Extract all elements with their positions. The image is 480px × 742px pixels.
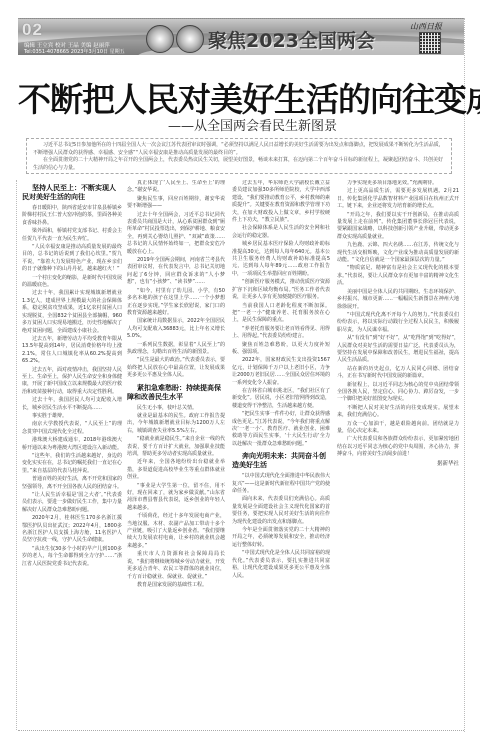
body-paragraph: “把民生实事一件件办好，让群众获得感成色更足。”江苏代表说，“今年我们将重点解决… (232, 411, 330, 448)
column-rule (16, 180, 17, 730)
body-paragraph: 万众一心加油干，越是艰险越向前。团结就是力量，信心决定未来。 (337, 421, 459, 436)
body-paragraph: 新征程上，以习近平同志为核心的党中央团结带领全国各族人民，坚定信心、同心协力、踔… (337, 382, 459, 404)
body-paragraph: 过去十年，我国累计实现城镇新增就业1.3亿人，建成世界上规模最大的社会保障体系，… (22, 290, 122, 334)
body-paragraph: 不断把人民对美好生活的向往变成现实。展望未来，我们充满信心。 (337, 405, 459, 420)
newspaper-masthead: 山西日报 (410, 21, 442, 32)
body-paragraph: 事实胜于雄辩。 (22, 413, 122, 420)
body-paragraph: 普通百姓的美好生活，离不开党和国家的坚强领导，离不开全国各族人民的团结奋斗。 (22, 476, 122, 491)
national-emblem-icon (146, 25, 174, 53)
body-paragraph: 过去十年，我国居民人均可支配收入增长，城乡居民生活水平不断提高…… (22, 397, 122, 412)
body-paragraph: 面向未来，代表委员们充满信心。高质量发展是全面建设社会主义现代化国家的首要任务，… (232, 496, 330, 526)
body-paragraph: “稳就业就是稳民生。”来自企业一线的代表说，要千方百计扩大就业，加强职业技能培训… (127, 436, 225, 458)
body-paragraph: 聚焦民生事，回应百姓期待，谢安华说要不断增强—— (127, 196, 225, 211)
body-paragraph: 在吉林省白城市洮北区，“我们社区有了新变化”。居民说，小区老旧管网得到改造，楼道… (232, 388, 330, 410)
body-paragraph: 过去五年，华东师范大学副校长戴立益委员建议加强30多所师范院校，大学中西部建设，… (232, 180, 330, 224)
body-paragraph: “从出生仅30多个小时的早产儿到100多岁的老人，每个生命都得到全力守护……”浙… (22, 546, 122, 568)
body-paragraph: 港珠澳大桥建成通车，2018年港珠澳大桥开通以来为粤港澳大湾区建设注入新动能。 (22, 437, 122, 452)
newspaper-page: 02 编辑 王立宾 校对 王晶 美编 赵丽萍 Tel:0351-4078665 … (18, 18, 465, 732)
body-paragraph: 今年是全面贯彻落实党的二十大精神的开局之年，必须统筹发展和安全，推动经济运行整体… (232, 527, 330, 549)
body-paragraph: “让人民生活幸福是‘国之大者’。”代表委员们表示，要进一步做好民生工作，集中力量… (22, 492, 122, 514)
section-heading: 坚持人民至上：不断实现人民对美好生活的向往 (22, 184, 122, 202)
section-banner: 02 编辑 王立宾 校对 王晶 美编 赵丽萍 Tel:0351-4078665 … (18, 18, 464, 55)
body-paragraph: 过去五年，新增劳动力平均受教育年限从13.5年提高到14年，居民消费价格年均上涨… (22, 336, 122, 366)
body-paragraph: 社会保障体系是人民生活的安全网和社会运行的稳定器。 (232, 225, 330, 240)
body-paragraph: 聚焦百姓急难愁盼，以更大力度补短板、强弱项。 (232, 342, 330, 357)
body-paragraph: “中国式现代化离不开每个人的努力。”代表委员们纷纷表示，将以实际行动践行全过程人… (337, 312, 459, 334)
section-heading: 紧扣急难愁盼：持续提高保障和改善民生水平 (127, 384, 225, 402)
contact-and-date: Tel:0351-4078665 2023年3月10日 星期五 (24, 48, 125, 55)
body-paragraph: “创新医疗服务模式，推动优质医疗资源扩容下沉和区域均衡布局。”医务工作者代表说，… (232, 279, 330, 301)
article-headline: 不断把人民对美好生活的向往变成现实 (18, 74, 464, 121)
body-paragraph: 梁外面和，桥镇村党支部书记、村委会主任贺九平代表一直为民生奔忙。 (22, 228, 122, 243)
body-paragraph: 美丽中国是全体人民的共同期盼。生态环境保护、乡村振兴、城市更新……一幅幅民生新图… (337, 289, 459, 311)
article-column-1: 坚持人民至上：不断实现人民对美好生活的向往春日暖阳中，陕西省延安市甘泉县桥镇乡阶… (22, 180, 122, 728)
body-paragraph: 过去十年全国两会，习近平总书记同代表委员共商国是大计，从心系贫困群众到“厕所革命… (127, 212, 225, 256)
body-paragraph: 近年来，全国各地纷纷出台稳就业举措，多渠道促进高校毕业生等重点群体就业创业。 (127, 459, 225, 481)
body-paragraph: 广大代表委员和各族群众纷纷表示，更加紧密地团结在以习近平同志为核心的党中央周围，… (337, 436, 459, 458)
body-paragraph: “物质富足、精神富有是社会主义现代化的根本要求。”代表说，要让人民群众享有更加丰… (337, 265, 459, 287)
body-paragraph: “这些年，我们的生活越来越好，身边的变化实实在在，总书记的嘱托我们一直记在心里。… (22, 453, 122, 475)
article-subheadline: ——从全国两会看民生新图景 (168, 115, 337, 134)
body-paragraph: 站在新的历史起点，亿万人民同心同德、团结奋斗，正在书写新时代中国发展的新篇章。 (337, 366, 459, 381)
cppcc-emblem-icon (176, 25, 204, 53)
body-paragraph: 真正体现了‘人民至上、生命至上’的理念。”谢安华说。 (127, 180, 225, 195)
bottom-rule (18, 730, 464, 731)
body-paragraph: 重庆市人力资源和社会保障局局长说，“我们将继续统筹城乡劳动力就业，开发更多适合青… (127, 551, 225, 581)
body-paragraph: 城乡居民基本医疗保险人均财政补助标准提高30元，达到每人每年640元。基本公共卫… (232, 241, 330, 278)
body-paragraph: 过上更高品质生活，需要更多发展机遇。2月21日，传化集团化学品数智材料产业园项目… (337, 188, 459, 210)
body-paragraph: 2020年2月，桂林医生170多名浙江援鄂医护队员出征武汉；2022年4月，18… (22, 515, 122, 545)
body-paragraph: 就业是最基本的民生。政府工作报告提出，今年城镇新增就业目标为1200万人左右，城… (127, 413, 225, 435)
body-paragraph: 国家统计局数据显示，2022年全国居民人均可支配收入36883元，比上年名义增长… (127, 318, 225, 340)
article-column-4: 力争实现更多项目落地见效。”充满期待。过上更高品质生活，需要更多发展机遇。2月2… (337, 180, 459, 728)
body-paragraph: 春日暖阳中，陕西省延安市甘泉县桥镇乡阶梯村村民王仁普大窑冲泡的茶，里面各种美食香… (22, 205, 122, 227)
body-paragraph: “如今，村里有了幼儿园、小学，有50多名本地的孩子在这里上学……一个小梦想正在逐… (127, 288, 225, 318)
section-title: 聚焦2023全国两会 (208, 26, 375, 53)
body-paragraph: “中国式现代化是全体人民共同富裕的现代化。”代表委员表示，要扎实推进共同富裕，让… (232, 550, 330, 580)
body-paragraph: “人民幸福安康是推动高质量发展的最终目的，总书记的话说到了我们心坎里。”贺九平说… (22, 244, 122, 274)
body-paragraph: 过去五年，面对疫情冲击，我国坚持人民至上、生命至上，保护人民生命安全和身体健康，… (22, 367, 122, 397)
body-paragraph: 教育是国家发展的基础性工程。 (127, 582, 225, 589)
body-paragraph: 当前我国人口老龄化程度不断加深。把“一老一小”健康养老、托育服务放在心上，是民生… (232, 303, 330, 325)
lead-paragraph: 在全面贯彻党的二十大精神开局之年召开的全国两会上，代表委员热议民生关切，展望美好… (33, 157, 445, 172)
section-heading: 奔向光明未来：共同奋斗创造美好生活 (232, 452, 330, 470)
article-byline: 据新华社 (337, 461, 459, 468)
body-paragraph: “开局之年，我们要以实干开创新局，在推动高质量发展上走在前列”。传化集团董事长徐… (337, 212, 459, 242)
body-paragraph: 一个村庄变化的缩影，是新时代中国发展的温暖底色。 (22, 275, 122, 290)
body-paragraph: 一系列民生数据，彰显着“人民至上”的执政理念，勾勒出百姓生活的新图景。 (127, 342, 225, 357)
lead-box: 习近平总书记5日参加他所在的十四届全国人大一次会议江苏代表团审议时强调，“必须坚… (26, 138, 452, 174)
body-paragraph: 民生无小事，枝叶总关情。 (127, 405, 225, 412)
page-number: 02 (22, 20, 43, 40)
body-paragraph: 力争实现更多项目落地见效。”充满期待。 (337, 180, 459, 187)
lead-paragraph: 习近平总书记5日参加他所在的十四届全国人大一次会议江苏代表团审议时强调，“必须坚… (33, 142, 445, 157)
body-paragraph: 九色鹿、云锦、四大名绣……在江苏，传统文化与现代生活交相辉映，文化产业成为推动高… (337, 242, 459, 264)
body-paragraph: 南京大学教授代表说，“人民至上”的理念贯穿中国式现代化全过程。 (22, 421, 122, 436)
body-paragraph: “以中国式现代化全面推进中华民族伟大复兴”——这是新时代新征程中国共产党的使命任… (232, 473, 330, 495)
body-paragraph: 2019年全国两会期间，河南省兰考县代表团审议时，在代表发言中，总书记关切地问起… (127, 257, 225, 287)
body-paragraph: 从“有没有”到“好不好”，从“吃得饱”到“吃得好”，人民群众对美好生活的需要日益… (337, 335, 459, 365)
body-paragraph: 2022年，国家财政民生支出投资1567亿元，计划保障千万户以上老旧小区，力争让… (232, 357, 330, 387)
body-paragraph: 千顷荷花，经过十多年发展电商产业，当地汉服、木材、农副产品加工带动十多个产业链，… (127, 513, 225, 550)
qr-code-icon[interactable] (420, 33, 440, 53)
article-column-2: 真正体现了‘人民至上、生命至上’的理念。”谢安华说。聚焦民生事，回应百姓期待，谢… (127, 180, 225, 728)
article-column-3: 过去五年，华东师范大学副校长戴立益委员建议加强30多所师范院校，大学中西部建设，… (232, 180, 330, 728)
body-paragraph: “民生是最大的政治。”代表委员表示，要始终把人民放在心中最高位置，让发展成果更多… (127, 357, 225, 379)
body-paragraph: “养老托育服务要让老百姓看得见、用得上、用得起。”代表委员纷纷建言。 (232, 326, 330, 341)
body-paragraph: “事业是大学生第一位，留不住，用不好，现在回来了，就为家乡做贡献。”山东省菏泽市… (127, 483, 225, 513)
